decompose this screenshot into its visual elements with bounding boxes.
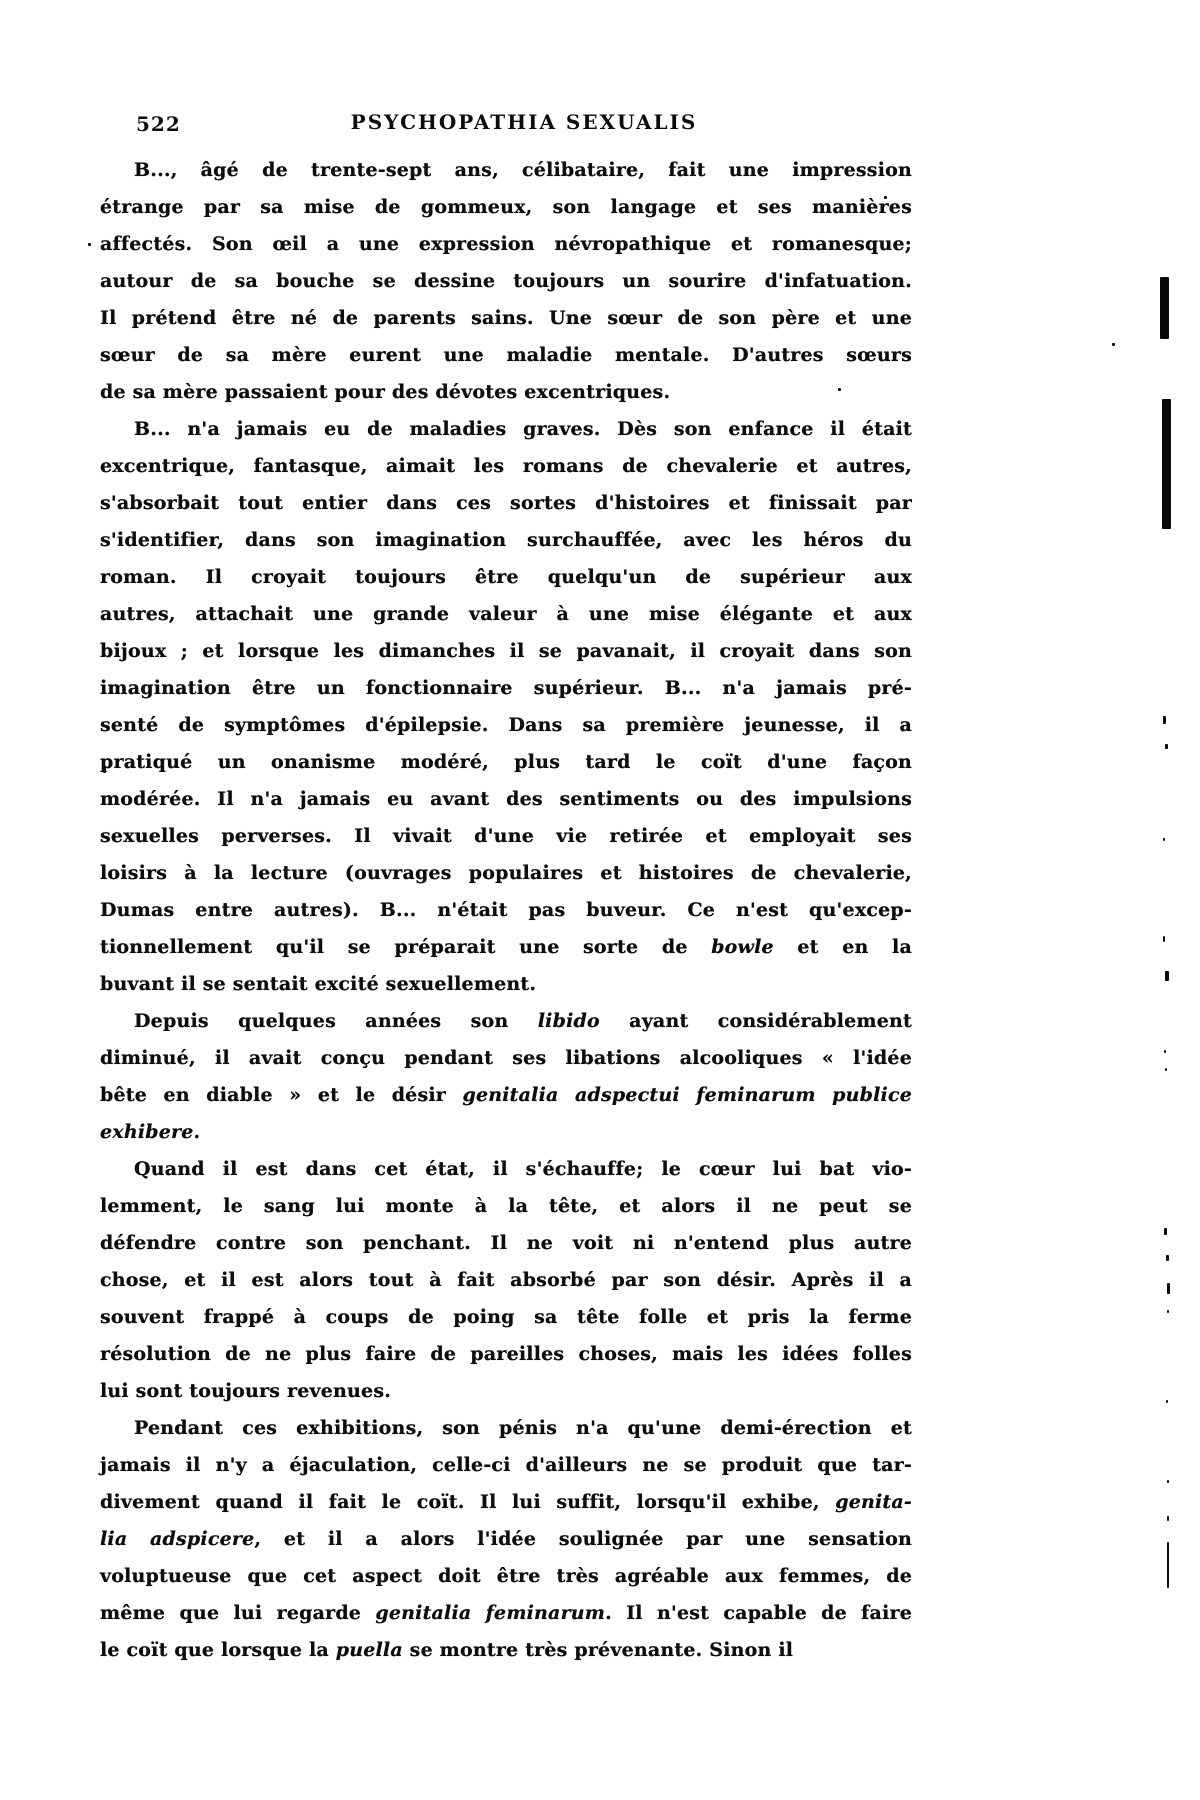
ink-speck (1163, 838, 1165, 841)
text-line: s'absorbait tout entier dans ces sortes … (100, 485, 912, 522)
text-line: Pendant ces exhibitions, son pénis n'a q… (100, 1410, 912, 1447)
ink-speck (1164, 1228, 1167, 1235)
text-line: B... n'a jamais eu de maladies graves. D… (100, 411, 912, 448)
text-line: même que lui regarde genitalia feminarum… (100, 1595, 912, 1632)
text-line: roman. Il croyait toujours être quelqu'u… (100, 559, 912, 596)
text-line: divement quand il fait le coït. Il lui s… (100, 1484, 912, 1521)
margin-bar (1160, 277, 1169, 339)
ink-speck (1165, 744, 1168, 749)
text-line: étrange par sa mise de gommeux, son lang… (100, 189, 912, 226)
text-line: loisirs à la lecture (ouvrages populaire… (100, 855, 912, 892)
text-line: B..., âgé de trente-sept ans, célibatair… (100, 152, 912, 189)
margin-line (1167, 1542, 1169, 1588)
text-line: autour de sa bouche se dessine toujours … (100, 263, 912, 300)
ink-speck (1164, 1050, 1166, 1053)
text-line: imagination être un fonctionnaire supéri… (100, 670, 912, 707)
text-line: affectés. Son œil a une expression névro… (100, 226, 912, 263)
ink-speck (1165, 971, 1169, 981)
ink-speck (1167, 1310, 1169, 1313)
ink-speck (1167, 1283, 1170, 1294)
text-line: résolution de ne plus faire de pareilles… (100, 1336, 912, 1373)
text-line: Il prétend être né de parents sains. Une… (100, 300, 912, 337)
ink-speck (1167, 1516, 1169, 1521)
text-line: défendre contre son penchant. Il ne voit… (100, 1225, 912, 1262)
text-line: chose, et il est alors tout à fait absor… (100, 1262, 912, 1299)
text-line: Dumas entre autres). B... n'était pas bu… (100, 892, 912, 929)
text-line: lia adspicere, et il a alors l'idée soul… (100, 1521, 912, 1558)
text-line: s'identifier, dans son imagination surch… (100, 522, 912, 559)
ink-speck (838, 388, 841, 391)
scanned-page: 522 PSYCHOPATHIA SEXUALIS B..., âgé de t… (0, 0, 1200, 1800)
text-line: jamais il n'y a éjaculation, celle-ci d'… (100, 1447, 912, 1484)
paragraph: B... n'a jamais eu de maladies graves. D… (100, 411, 912, 1003)
text-line: lemment, le sang lui monte à la tête, et… (100, 1188, 912, 1225)
text-line: voluptueuse que cet aspect doit être trè… (100, 1558, 912, 1595)
text-line: le coït que lorsque la puella se montre … (100, 1632, 912, 1669)
running-title: PSYCHOPATHIA SEXUALIS (118, 110, 930, 134)
text-line: modérée. Il n'a jamais eu avant des sent… (100, 781, 912, 818)
text-line: pratiqué un onanisme modéré, plus tard l… (100, 744, 912, 781)
paragraph: Depuis quelques années son libido ayant … (100, 1003, 912, 1151)
paragraph: Pendant ces exhibitions, son pénis n'a q… (100, 1410, 912, 1669)
page-header: 522 PSYCHOPATHIA SEXUALIS (100, 110, 912, 140)
ink-speck (1163, 936, 1165, 942)
text-line: lui sont toujours revenues. (100, 1373, 912, 1410)
text-line: sexuelles perverses. Il vivait d'une vie… (100, 818, 912, 855)
ink-speck (1167, 1480, 1169, 1483)
text-line: Depuis quelques années son libido ayant … (100, 1003, 912, 1040)
text-line: senté de symptômes d'épilepsie. Dans sa … (100, 707, 912, 744)
text-line: autres, attachait une grande valeur à un… (100, 596, 912, 633)
text-line: sœur de sa mère eurent une maladie menta… (100, 337, 912, 374)
text-line: diminué, il avait conçu pendant ses liba… (100, 1040, 912, 1077)
ink-speck (103, 766, 106, 773)
text-line: souvent frappé à coups de poing sa tête … (100, 1299, 912, 1336)
margin-bar (1162, 399, 1171, 529)
text-line: buvant il se sentait excité sexuellement… (100, 966, 912, 1003)
text-line: bijoux ; et lorsque les dimanches il se … (100, 633, 912, 670)
ink-speck (1166, 1255, 1169, 1261)
ink-speck (1166, 1400, 1168, 1403)
text-line: tionnellement qu'il se préparait une sor… (100, 929, 912, 966)
ink-speck (88, 243, 91, 246)
ink-speck (1112, 343, 1115, 346)
paragraph: Quand il est dans cet état, il s'échauff… (100, 1151, 912, 1410)
ink-speck (884, 196, 887, 199)
text-line: bête en diable » et le désir genitalia a… (100, 1077, 912, 1114)
paragraph: B..., âgé de trente-sept ans, célibatair… (100, 152, 912, 411)
ink-speck (1163, 716, 1166, 724)
text-line: exhibere. (100, 1114, 912, 1151)
text-line: excentrique, fantasque, aimait les roman… (100, 448, 912, 485)
text-line: Quand il est dans cet état, il s'échauff… (100, 1151, 912, 1188)
page-body: B..., âgé de trente-sept ans, célibatair… (100, 152, 912, 1669)
ink-speck (1165, 1068, 1167, 1071)
text-line: de sa mère passaient pour des dévotes ex… (100, 374, 912, 411)
